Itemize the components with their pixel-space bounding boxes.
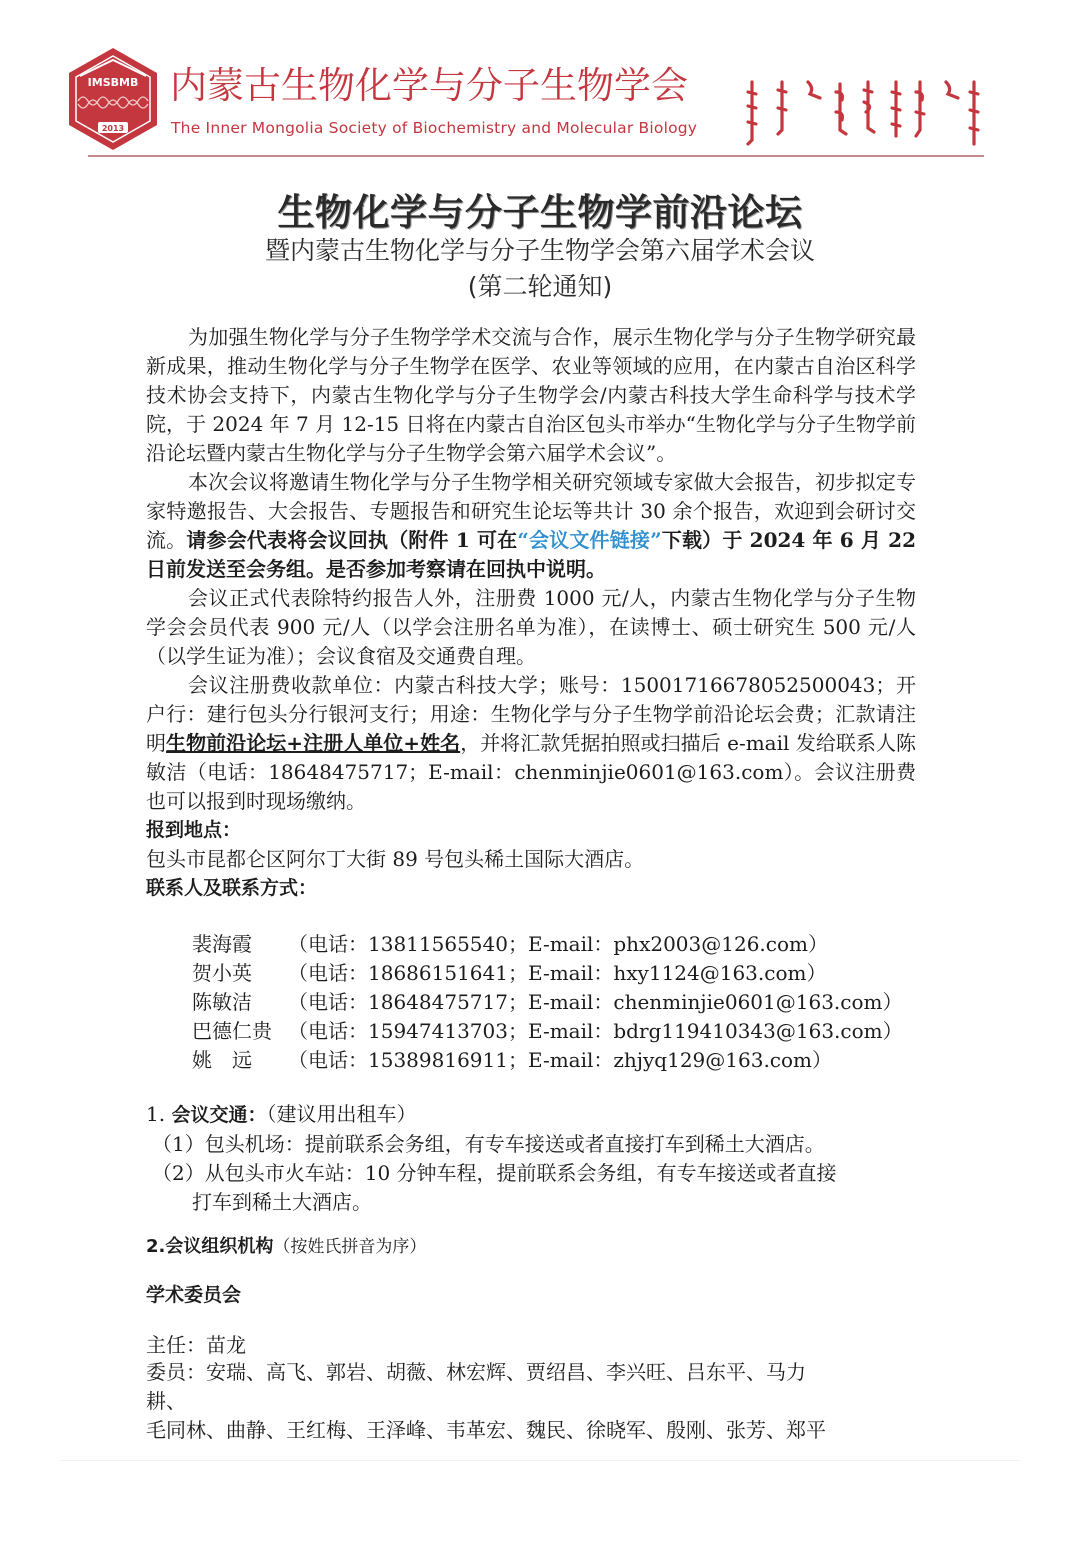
venue-address: 包头市昆都仑区阿尔丁大街 89 号包头稀土国际大酒店。 xyxy=(146,845,916,874)
transport-item: （1）包头机场：提前联系会务组，有专车接送或者直接打车到稀土大酒店。 xyxy=(152,1130,926,1159)
document-subtitle: 暨内蒙古生物化学与分子生物学会第六届学术会议 xyxy=(0,231,1080,267)
chair-name: 苗龙 xyxy=(206,1333,246,1357)
members-line: 毛同林、曲静、王红梅、王泽峰、韦革宏、魏民、徐晓军、殷刚、张芳、郑平 xyxy=(146,1416,926,1445)
transport-heading-note: （建议用出租车） xyxy=(266,1102,416,1126)
payment-paragraph: 会议注册费收款单位：内蒙古科技大学；账号：1500171667805250004… xyxy=(146,671,916,816)
organization-title: 2.会议组织机构 xyxy=(146,1236,273,1257)
intro-paragraph: 为加强生物化学与分子生物学学术交流与合作，展示生物化学与分子生物学研究最新成果，… xyxy=(146,323,916,468)
contact-detail: （电话：15389816911；E-mail：zhjyq129@163.com） xyxy=(288,1046,832,1075)
venue-heading: 报到地点： xyxy=(146,816,916,845)
chair-label: 主任： xyxy=(146,1333,206,1357)
org-name-english: The Inner Mongolia Society of Biochemist… xyxy=(171,119,697,137)
society-logo-icon: IMSBMB 2013 xyxy=(60,46,166,152)
organization-heading: 2.会议组织机构（按姓氏拼音为序） xyxy=(146,1232,926,1258)
contact-name: 贺小英 xyxy=(192,959,288,988)
contacts-list: 裴海霞 （电话：13811565540；E-mail：phx2003@126.c… xyxy=(192,930,903,1075)
contact-row: 巴德仁贵 （电话：15947413703；E-mail：bdrg11941034… xyxy=(192,1017,903,1046)
transport-heading-number: 1. xyxy=(146,1102,165,1126)
contact-name: 姚 远 xyxy=(192,1046,288,1075)
members-label: 委员： xyxy=(146,1360,206,1384)
contact-detail: （电话：15947413703；E-mail：bdrg119410343@163… xyxy=(288,1017,903,1046)
transport-item-label: （2） xyxy=(152,1161,205,1185)
contact-row: 姚 远 （电话：15389816911；E-mail：zhjyq129@163.… xyxy=(192,1046,903,1075)
mongolian-script-icon xyxy=(742,78,982,148)
organization-note: （按姓氏拼音为序） xyxy=(273,1237,426,1257)
org-name-chinese: 内蒙古生物化学与分子生物学会 xyxy=(170,64,688,108)
transport-item: （2）从包头市火车站：10 分钟车程，提前联系会务组，有专车接送或者直接 xyxy=(152,1159,926,1188)
page-bottom-rule xyxy=(60,1460,1020,1461)
contact-row: 陈敏洁 （电话：18648475717；E-mail：chenminjie060… xyxy=(192,988,903,1017)
contact-row: 裴海霞 （电话：13811565540；E-mail：phx2003@126.c… xyxy=(192,930,903,959)
invitation-paragraph: 本次会议将邀请生物化学与分子生物学相关研究领域专家做大会报告，初步拟定专家特邀报… xyxy=(146,468,916,584)
members-names: 安瑞、高飞、郭岩、胡薇、林宏辉、贾绍昌、李兴旺、吕东平、马力 xyxy=(206,1360,806,1384)
meeting-files-link[interactable]: “会议文件链接” xyxy=(517,528,661,552)
members-line: 委员：安瑞、高飞、郭岩、胡薇、林宏辉、贾绍昌、李兴旺、吕东平、马力 xyxy=(146,1358,926,1387)
reply-instruction-a: 请参会代表将会议回执（附件 1 可在 xyxy=(186,528,517,552)
transport-item-label: （1） xyxy=(152,1132,205,1156)
payment-remark: 生物前沿论坛+注册人单位+姓名 xyxy=(166,731,460,755)
letterhead: IMSBMB 2013 内蒙古生物化学与分子生物学会 The Inner Mon… xyxy=(60,44,990,156)
contact-detail: （电话：18686151641；E-mail：hxy1124@163.com） xyxy=(288,959,826,988)
transport-heading-text: 会议交通： xyxy=(171,1104,266,1126)
transport-heading: 1. 会议交通：（建议用出租车） xyxy=(146,1100,926,1130)
svg-text:IMSBMB: IMSBMB xyxy=(88,76,139,89)
organization-section: 2.会议组织机构（按姓氏拼音为序） 学术委员会 主任：苗龙 委员：安瑞、高飞、郭… xyxy=(146,1232,926,1445)
members-line: 耕、 xyxy=(146,1387,926,1416)
committee-members: 委员：安瑞、高飞、郭岩、胡薇、林宏辉、贾绍昌、李兴旺、吕东平、马力 耕、 毛同林… xyxy=(146,1358,926,1445)
transport-item-text: 从包头市火车站：10 分钟车程，提前联系会务组，有专车接送或者直接 xyxy=(205,1161,837,1185)
fees-paragraph: 会议正式代表除特约报告人外，注册费 1000 元/人，内蒙古生物化学与分子生物学… xyxy=(146,584,916,671)
contact-row: 贺小英 （电话：18686151641；E-mail：hxy1124@163.c… xyxy=(192,959,903,988)
letterhead-divider xyxy=(88,155,984,157)
svg-text:2013: 2013 xyxy=(102,124,124,133)
committee-chair: 主任：苗龙 xyxy=(146,1329,926,1358)
contacts-heading: 联系人及联系方式： xyxy=(146,874,916,903)
contact-name: 陈敏洁 xyxy=(192,988,288,1017)
transport-section: 1. 会议交通：（建议用出租车） （1）包头机场：提前联系会务组，有专车接送或者… xyxy=(146,1100,926,1217)
academic-committee-heading: 学术委员会 xyxy=(146,1280,926,1307)
notice-round: (第二轮通知) xyxy=(0,267,1080,303)
transport-item-continued: 打车到稀土大酒店。 xyxy=(192,1188,926,1217)
contact-name: 裴海霞 xyxy=(192,930,288,959)
document-title: 生物化学与分子生物学前沿论坛 xyxy=(0,182,1080,236)
contact-name: 巴德仁贵 xyxy=(192,1017,288,1046)
contact-detail: （电话：18648475717；E-mail：chenminjie0601@16… xyxy=(288,988,903,1017)
body-section: 为加强生物化学与分子生物学学术交流与合作，展示生物化学与分子生物学研究最新成果，… xyxy=(146,323,916,903)
transport-item-text: 包头机场：提前联系会务组，有专车接送或者直接打车到稀土大酒店。 xyxy=(205,1132,825,1156)
contact-detail: （电话：13811565540；E-mail：phx2003@126.com） xyxy=(288,930,828,959)
